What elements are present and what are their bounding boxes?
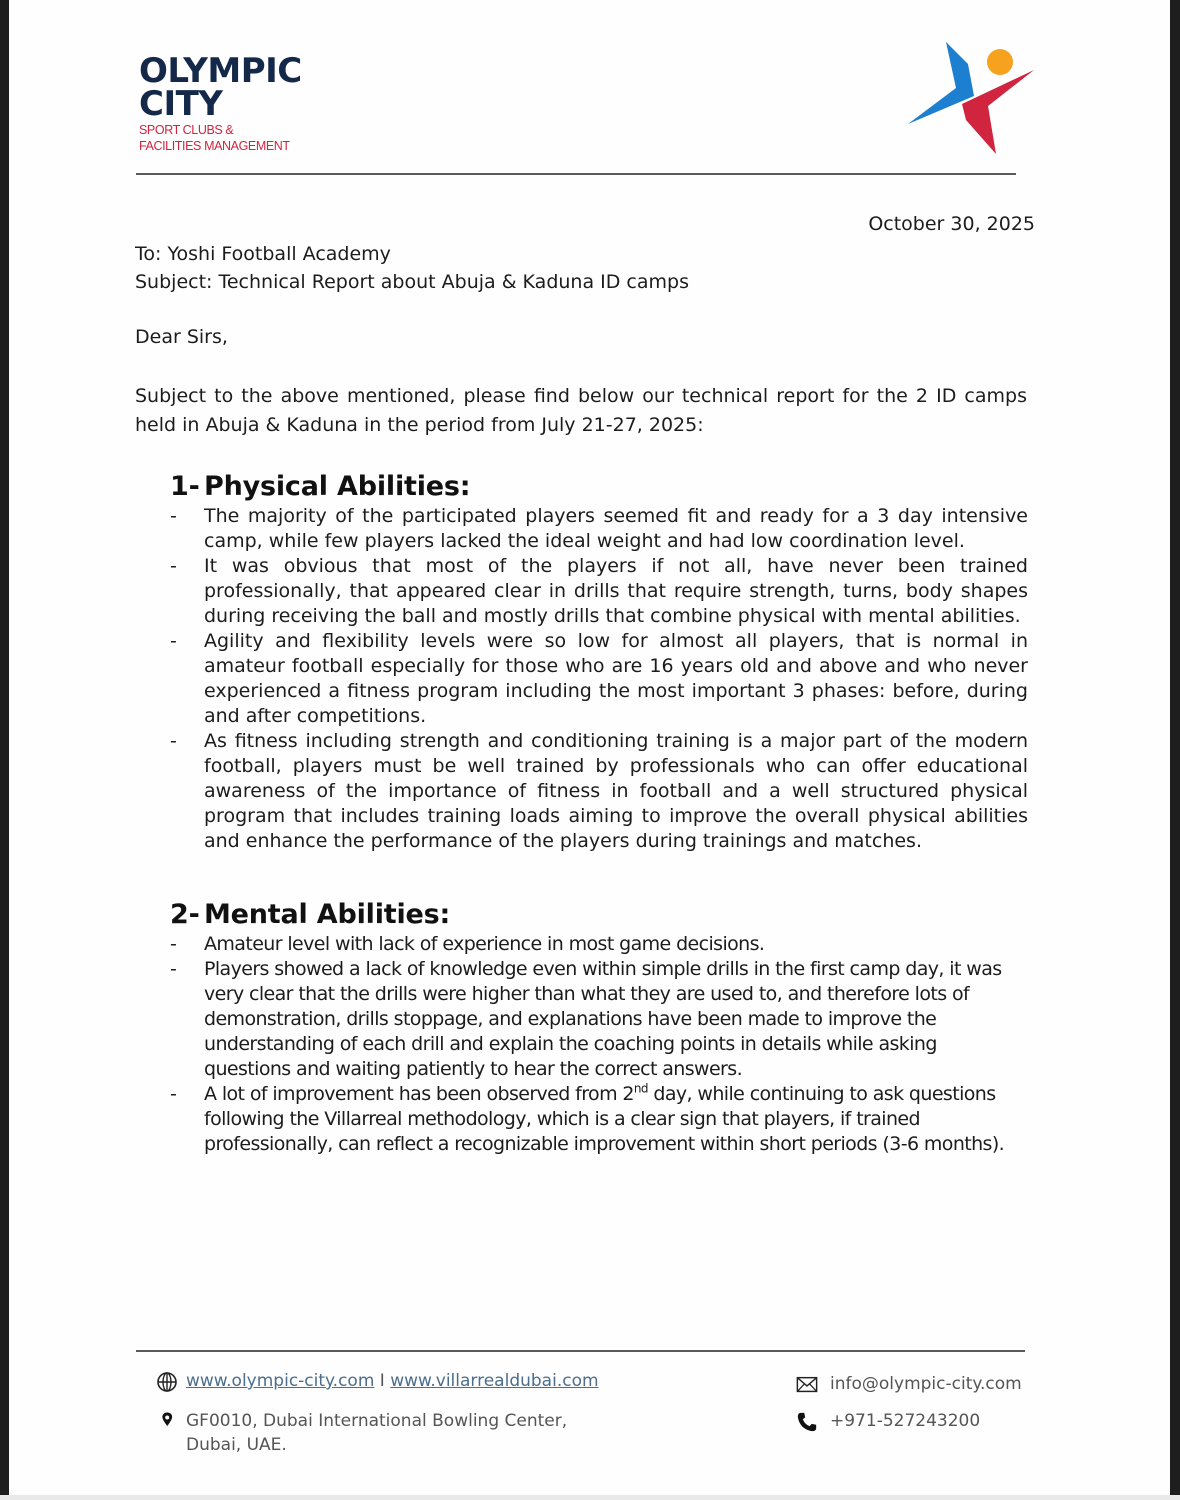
globe-icon <box>156 1371 178 1393</box>
section-heading: 2-Mental Abilities: <box>170 898 1028 932</box>
brand-tagline-line1: SPORT CLUBS & <box>139 124 302 137</box>
list-item: -The majority of the participated player… <box>170 504 1028 554</box>
olympic-city-emblem-icon <box>896 36 1036 160</box>
footer-address: GF0010, Dubai International Bowling Cent… <box>156 1409 567 1457</box>
brand-name-line2: CITY <box>139 88 302 121</box>
phone-number[interactable]: +971-527243200 <box>830 1411 980 1431</box>
bullet-marker: - <box>170 957 176 982</box>
section-number: 2- <box>170 898 204 932</box>
link-separator: I <box>374 1371 390 1391</box>
page-bottom-edge <box>0 1495 1180 1500</box>
section-title: Mental Abilities: <box>204 899 450 930</box>
list-item: -A lot of improvement has been observed … <box>170 1082 1028 1157</box>
email-address[interactable]: info@olympic-city.com <box>830 1374 1022 1394</box>
address-line-2: Dubai, UAE. <box>186 1433 567 1457</box>
bullet-marker: - <box>170 504 177 529</box>
section-title: Physical Abilities: <box>204 471 470 502</box>
section-physical-abilities: 1-Physical Abilities: -The majority of t… <box>170 470 1028 854</box>
footer-websites: www.olympic-city.com I www.villarrealdub… <box>156 1369 599 1393</box>
section-heading: 1-Physical Abilities: <box>170 470 1028 504</box>
phone-icon <box>796 1411 818 1433</box>
header-divider <box>136 173 1016 175</box>
list-item: -Agility and flexibility levels were so … <box>170 629 1028 729</box>
bullet-list: -Amateur level with lack of experience i… <box>170 932 1028 1157</box>
footer-phone: +971-527243200 <box>796 1409 980 1433</box>
website-link-olympic-city[interactable]: www.olympic-city.com <box>186 1371 374 1391</box>
subject-line: Subject: Technical Report about Abuja & … <box>135 270 689 295</box>
location-pin-icon <box>156 1411 178 1433</box>
bullet-marker: - <box>170 629 177 654</box>
brand-tagline-line2: FACILITIES MANAGEMENT <box>139 140 302 153</box>
bullet-marker: - <box>170 1082 176 1107</box>
list-item: -As fitness including strength and condi… <box>170 729 1028 854</box>
list-item: -It was obvious that most of the players… <box>170 554 1028 629</box>
footer-email: info@olympic-city.com <box>796 1372 1022 1396</box>
company-logo: OLYMPIC CITY SPORT CLUBS & FACILITIES MA… <box>139 55 302 153</box>
intro-paragraph: Subject to the above mentioned, please f… <box>135 382 1027 440</box>
website-link-villarreal-dubai[interactable]: www.villarrealdubai.com <box>390 1371 598 1391</box>
list-item: -Amateur level with lack of experience i… <box>170 932 1028 957</box>
bullet-list: -The majority of the participated player… <box>170 504 1028 854</box>
bullet-marker: - <box>170 729 177 754</box>
letter-date: October 30, 2025 <box>868 212 1035 237</box>
bullet-marker: - <box>170 554 177 579</box>
salutation: Dear Sirs, <box>135 325 228 350</box>
section-mental-abilities: 2-Mental Abilities: -Amateur level with … <box>170 898 1028 1157</box>
footer-divider <box>136 1350 1025 1352</box>
recipient-line: To: Yoshi Football Academy <box>135 242 391 267</box>
bullet-marker: - <box>170 932 176 957</box>
address-line-1: GF0010, Dubai International Bowling Cent… <box>186 1409 567 1433</box>
list-item: -Players showed a lack of knowledge even… <box>170 957 1028 1082</box>
envelope-icon <box>796 1374 818 1396</box>
section-number: 1- <box>170 470 204 504</box>
